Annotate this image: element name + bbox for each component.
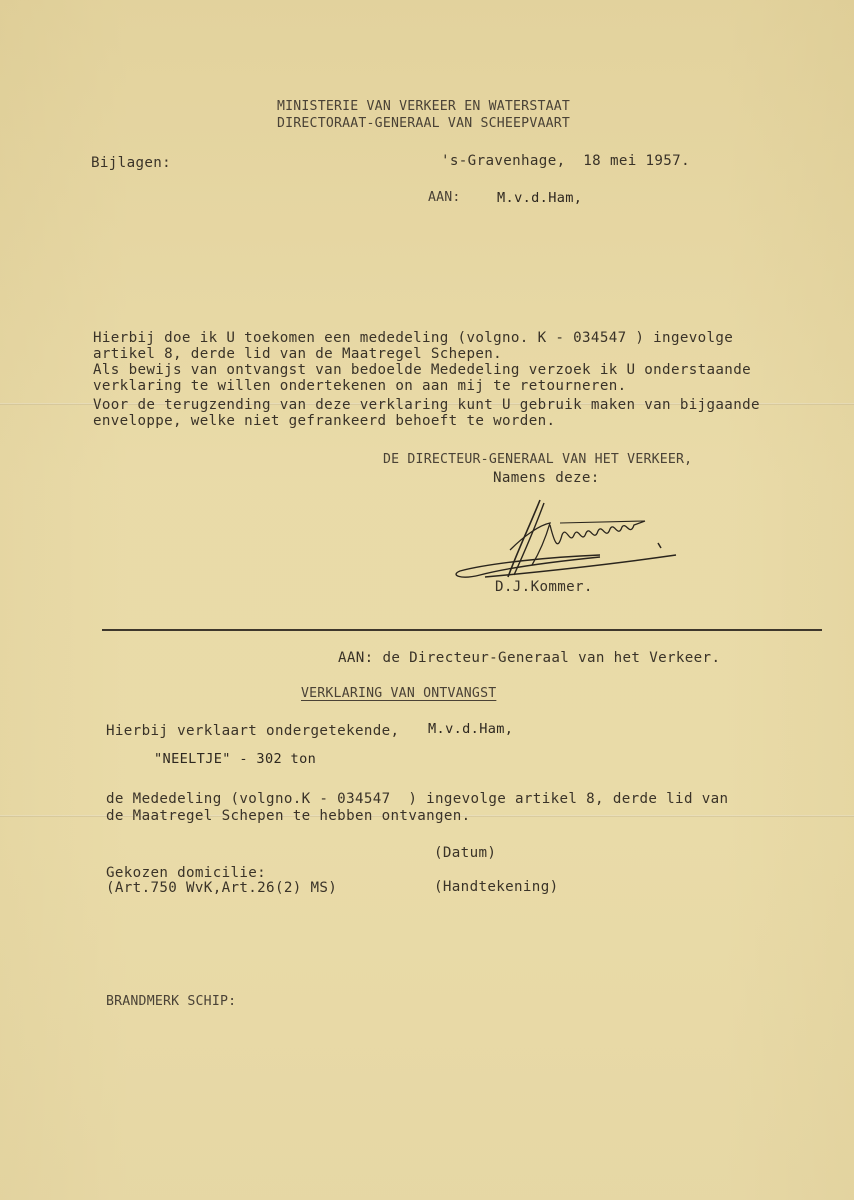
to-label: AAN: — [428, 190, 461, 205]
domicile-label: Gekozen domicilie: — [106, 865, 266, 881]
letterhead-line-2: DIRECTORAAT-GENERAAL VAN SCHEEPVAART — [277, 116, 570, 131]
declares-text: Hierbij verklaart ondergetekende, — [106, 723, 399, 739]
vessel-name: "NEELTJE" - 302 ton — [154, 751, 316, 767]
body-line: Hierbij doe ik U toekomen een mededeling… — [93, 330, 733, 346]
body-line: Voor de terugzending van deze verklaring… — [93, 397, 760, 413]
on-behalf-text: Namens deze: — [493, 470, 600, 486]
place-date: 's-Gravenhage, 18 mei 1957. — [441, 153, 690, 169]
body-line: enveloppe, welke niet gefrankeerd behoef… — [93, 413, 555, 429]
receipt-line: de Maatregel Schepen te hebben ontvangen… — [106, 808, 471, 824]
handwritten-signature-icon — [450, 495, 680, 580]
receipt-heading: VERKLARING VAN ONTVANGST — [301, 686, 496, 701]
signature-title: DE DIRECTEUR-GENERAAL VAN HET VERKEER, — [383, 452, 692, 467]
body-line: artikel 8, derde lid van de Maatregel Sc… — [93, 346, 502, 362]
body-line: Als bewijs van ontvangst van bedoelde Me… — [93, 362, 751, 378]
receipt-to-line: AAN: de Directeur-Generaal van het Verke… — [338, 650, 720, 666]
receipt-line: de Mededeling (volgno.K - 034547 ) ingev… — [106, 791, 728, 807]
declarant-name: M.v.d.Ham, — [428, 721, 513, 737]
date-label: (Datum) — [434, 845, 496, 861]
attachments-label: Bijlagen: — [91, 155, 171, 171]
divider-rule — [102, 629, 822, 631]
to-name: M.v.d.Ham, — [497, 190, 582, 206]
signer-name: D.J.Kommer. — [495, 579, 593, 595]
signature-label: (Handtekening) — [434, 879, 558, 895]
letterhead-line-1: MINISTERIE VAN VERKEER EN WATERSTAAT — [277, 99, 570, 114]
body-line: verklaring te willen ondertekenen on aan… — [93, 378, 627, 394]
brand-label: BRANDMERK SCHIP: — [106, 994, 236, 1009]
domicile-reference: (Art.750 WvK,Art.26(2) MS) — [106, 880, 337, 896]
